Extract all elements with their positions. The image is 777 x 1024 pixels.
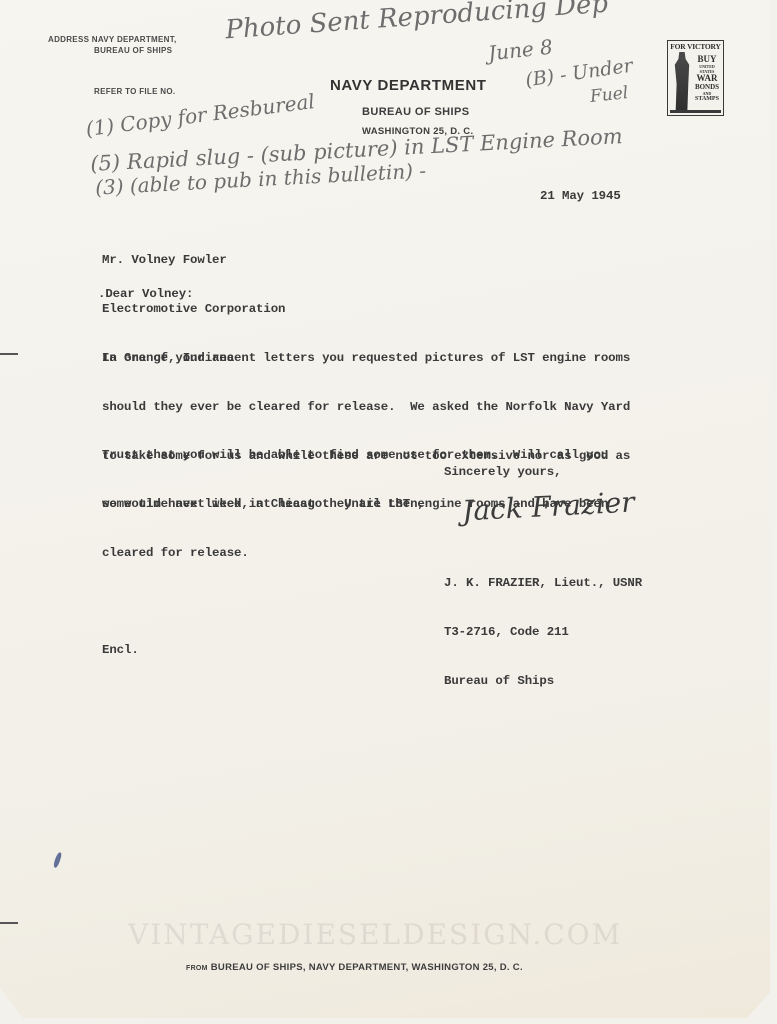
watermark: VINTAGEDIESELDESIGN.COM	[128, 918, 622, 951]
stamp-bonds: BONDS	[692, 83, 722, 91]
letter-date: 21 May 1945	[540, 188, 621, 204]
letterhead-subtitle: BUREAU OF SHIPS	[362, 106, 469, 118]
fold-mark	[0, 922, 18, 924]
stamp-border-bar	[670, 110, 721, 113]
footer-line: FROM BUREAU OF SHIPS, NAVY DEPARTMENT, W…	[186, 962, 523, 973]
paragraph-1-line: should they ever be cleared for release.…	[102, 399, 630, 415]
signature-block: J. K. FRAZIER, Lieut., USNR T3-2716, Cod…	[444, 543, 642, 705]
footer-from: FROM	[186, 965, 208, 972]
enclosure: Encl.	[102, 642, 139, 658]
minuteman-figure-icon	[673, 52, 691, 110]
recipient-name: Mr. Volney Fowler	[102, 252, 285, 268]
paragraph-2-line: Trust that you will be able to find some…	[102, 447, 608, 463]
fold-mark	[0, 353, 18, 355]
letterhead-address-line2: BUREAU OF SHIPS	[94, 46, 172, 55]
stamp-war: WAR	[692, 74, 722, 83]
signer-code: T3-2716, Code 211	[444, 624, 642, 640]
signer-name: J. K. FRAZIER, Lieut., USNR	[444, 575, 642, 591]
stamp-buy: BUY	[692, 55, 722, 64]
war-bonds-stamp: FOR VICTORY BUY UNITED STATES WAR BONDS …	[667, 40, 724, 116]
paragraph-1-line: In one of your recent letters you reques…	[102, 350, 630, 366]
footer-text: BUREAU OF SHIPS, NAVY DEPARTMENT, WASHIN…	[211, 962, 523, 973]
handwritten-note-fuel: Fuel	[589, 83, 629, 107]
signer-bureau: Bureau of Ships	[444, 673, 642, 689]
stamp-for-victory: FOR VICTORY	[670, 42, 721, 51]
refer-to-file-label: REFER TO FILE NO.	[94, 87, 175, 96]
stamp-stamps: STAMPS	[692, 96, 722, 103]
closing: Sincerely yours,	[444, 464, 561, 480]
letterhead-title: NAVY DEPARTMENT	[330, 77, 487, 94]
recipient-company: Electromotive Corporation	[102, 301, 285, 317]
letterhead-address-line1: ADDRESS NAVY DEPARTMENT,	[48, 35, 177, 44]
salutation: .Dear Volney:	[98, 286, 193, 302]
